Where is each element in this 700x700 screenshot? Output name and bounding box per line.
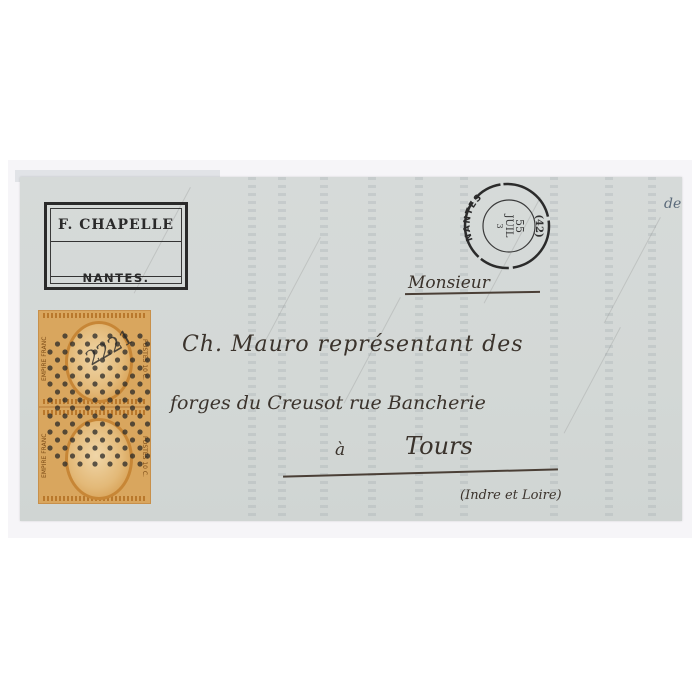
svg-text:2221: 2221 [81, 324, 137, 370]
corner-mark: de [664, 196, 681, 212]
address-prefix: à [335, 440, 345, 460]
postmark-town: NANTES [463, 192, 485, 242]
stamp-pair: EMPIRE FRANC POSTES 10 C. EMPIRE FRANC P… [38, 310, 151, 505]
sender-cachet: F. CHAPELLE NANTES. [44, 202, 188, 290]
lozenge-cancellation: 2221 [38, 310, 151, 505]
address-line-1: Ch. Mauro représentant des [182, 332, 524, 357]
address-city: Tours [405, 432, 473, 460]
postmark-month: JUIL [503, 213, 514, 237]
cachet-sender: F. CHAPELLE [51, 217, 181, 233]
address-department: (Indre et Loire) [460, 488, 562, 503]
postmark-year: 55 [513, 219, 526, 233]
postmark-dept: (42) [533, 214, 544, 237]
svg-text:NANTES: NANTES [463, 192, 485, 242]
address-line-2: forges du Creusot rue Bancherie [170, 392, 486, 414]
salutation: Monsieur [408, 273, 490, 293]
cachet-city: NANTES. [51, 271, 181, 285]
postmark-day: 3 [495, 223, 504, 228]
show-through-stroke [264, 237, 321, 343]
postmark: NANTES 3 JUIL 55 (42) [457, 180, 553, 272]
